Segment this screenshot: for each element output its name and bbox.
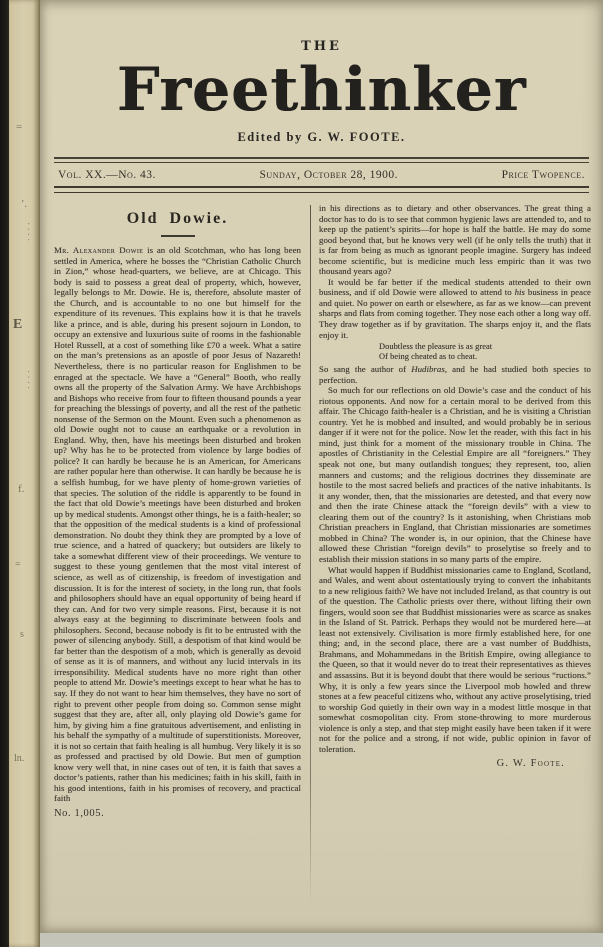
article-columns: Old Dowie. Mr. Alexander Dowie is an old… [40,203,603,905]
masthead-title: Freethinker [40,58,603,122]
masthead-rule-bottom [54,186,589,193]
spine-mark: = [15,560,21,570]
spine-mark: ’. [21,200,27,210]
article-paragraph: in his directions as to dietary and othe… [319,203,591,277]
article-paragraph: Mr. Alexander Dowie is an old Scotchman,… [54,245,301,804]
left-column-text: Mr. Alexander Dowie is an old Scotchman,… [54,245,301,804]
article-paragraph: What would happen if Buddhist missionari… [319,565,591,755]
volume-number: Vol. XX.—No. 43. [58,169,156,181]
masthead: THE Freethinker Edited by G. W. FOOTE. [40,0,603,144]
spine-mark: ln. [14,754,24,764]
right-column-text: in his directions as to dietary and othe… [319,203,591,754]
scanned-newspaper-page: = ’. E f. = s ln. ···· ···· THE Freethin… [0,0,603,947]
article-paragraph: It would be far better if the medical st… [319,277,591,340]
issue-number: No. 1,005. [54,808,301,819]
masthead-the: THE [40,40,603,53]
verse-quote: Doubtless the pleasure is as greatOf bei… [379,342,591,362]
article-title-rule [161,235,195,237]
issue-date: Sunday, October 28, 1900. [260,169,399,181]
article-paragraph: So sang the author of Hudibras, and he h… [319,364,591,385]
masthead-byline: Edited by G. W. FOOTE. [40,131,603,144]
article-paragraph: So much for our reflections on old Dowie… [319,385,591,564]
article-title: Old Dowie. [54,210,301,227]
spine-mark: ···· [22,370,32,391]
newspaper-sheet: THE Freethinker Edited by G. W. FOOTE. V… [40,0,603,933]
author-signature: G. W. Foote. [319,758,591,769]
page-binding-edge: = ’. E f. = s ln. ···· ···· [9,0,40,947]
price-label: Price Twopence. [502,169,585,181]
spine-mark: s [20,630,24,640]
spine-mark: ···· [22,222,32,243]
article-left-column: Old Dowie. Mr. Alexander Dowie is an old… [54,203,301,819]
dateline: Vol. XX.—No. 43. Sunday, October 28, 190… [40,163,603,186]
book-spine-edge [0,0,9,947]
spine-mark: = [16,122,22,133]
spine-mark: f. [18,484,24,495]
article-right-column: in his directions as to dietary and othe… [319,203,591,769]
column-divider-rule [310,205,311,905]
spine-mark: E [13,318,22,332]
